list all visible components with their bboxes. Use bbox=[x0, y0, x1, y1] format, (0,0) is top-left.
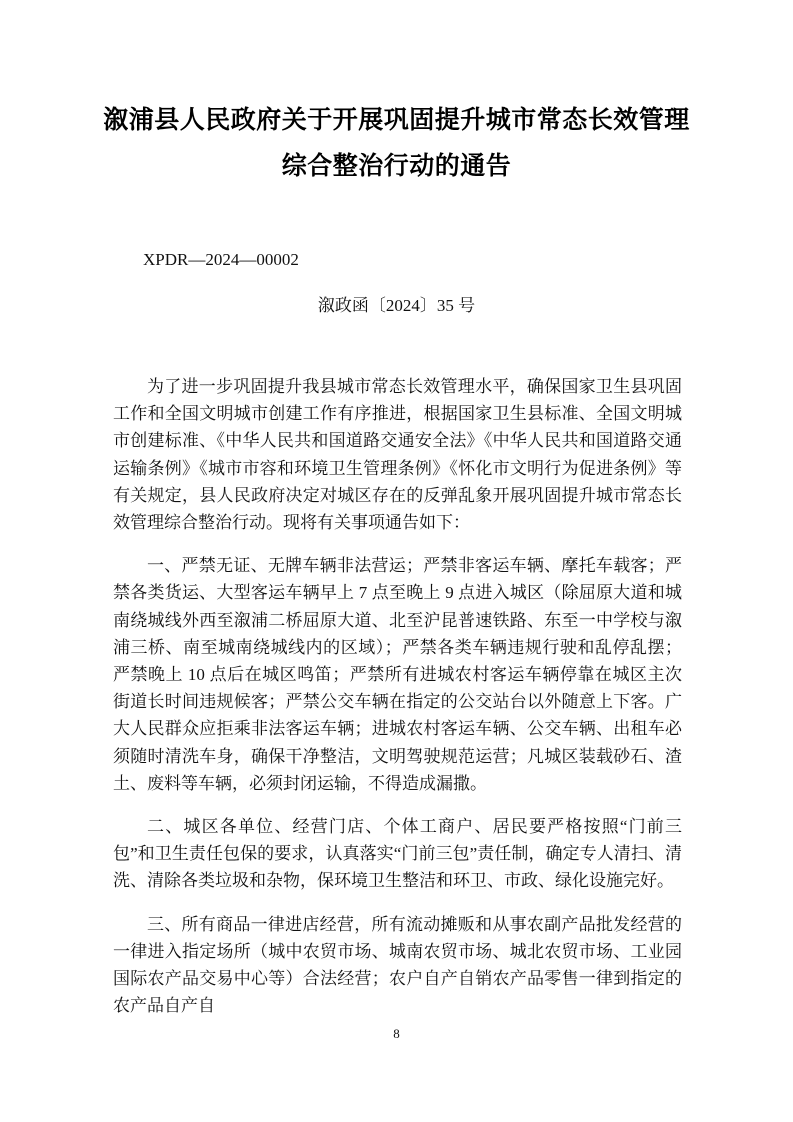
paragraph-intro: 为了进一步巩固提升我县城市常态长效管理水平，确保国家卫生县巩固工作和全国文明城市… bbox=[113, 373, 682, 536]
paragraph-item-2: 二、城区各单位、经营门店、个体工商户、居民要严格按照“门前三包”和卫生责任包保的… bbox=[113, 813, 682, 895]
document-title: 溆浦县人民政府关于开展巩固提升城市常态长效管理综合整治行动的通告 bbox=[102, 97, 692, 189]
document-index-number: XPDR—2024—00002 bbox=[143, 249, 793, 271]
document-page: 溆浦县人民政府关于开展巩固提升城市常态长效管理综合整治行动的通告 XPDR—20… bbox=[0, 0, 793, 1122]
page-number: 8 bbox=[0, 1026, 793, 1042]
document-body: 为了进一步巩固提升我县城市常态长效管理水平，确保国家卫生县巩固工作和全国文明城市… bbox=[113, 373, 682, 1019]
paragraph-item-1: 一、严禁无证、无牌车辆非法营运；严禁非客运车辆、摩托车载客；严禁各类货运、大型客… bbox=[113, 552, 682, 797]
document-reference-number: 溆政函〔2024〕35 号 bbox=[0, 295, 793, 317]
paragraph-item-3: 三、所有商品一律进店经营，所有流动摊贩和从事农副产品批发经营的一律进入指定场所（… bbox=[113, 911, 682, 1020]
